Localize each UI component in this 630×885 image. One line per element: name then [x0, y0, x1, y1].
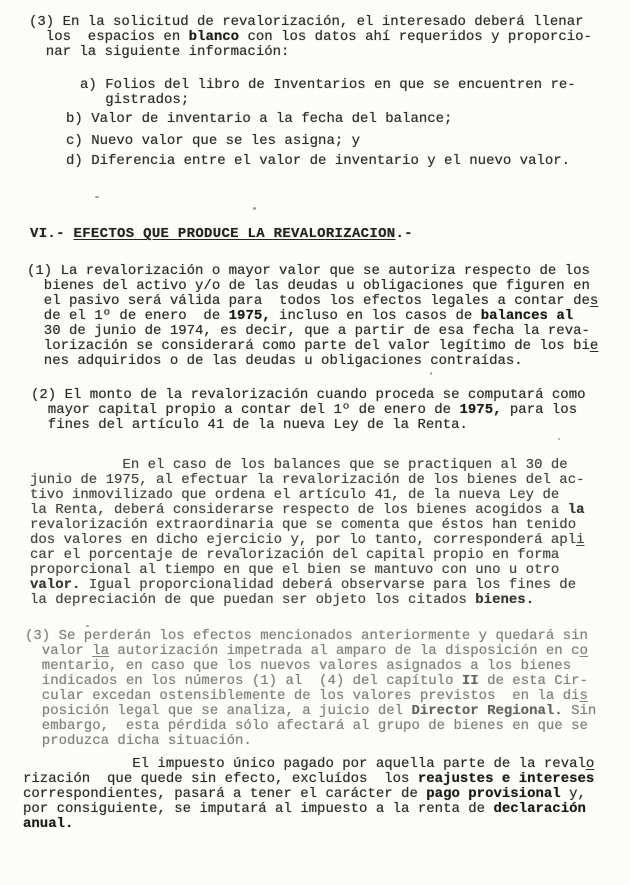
scan-speck — [239, 547, 242, 550]
paragraph-balances-junio-1975: En el caso de los balances que se practi… — [30, 458, 585, 608]
paragraph-3-solicitud: (3) En la solicitud de revalorización, e… — [29, 15, 592, 60]
paragraph-3-perdida-efectos: (3) Se perderán los efectos mencionados … — [25, 629, 596, 749]
list-item-d: d) Diferencia entre el valor de inventar… — [66, 154, 570, 169]
paragraph-impuesto-unico: El impuesto único pagado por aquella par… — [23, 757, 594, 832]
scanned-document-page: (3) En la solicitud de revalorización, e… — [0, 0, 630, 885]
section-heading-vi: VI.- EFECTOS QUE PRODUCE LA REVALORIZACI… — [30, 227, 413, 242]
list-item-b: b) Valor de inventario a la fecha del ba… — [66, 112, 452, 127]
scan-speck — [430, 372, 432, 375]
list-item-a: a) Folios del libro de Inventarios en qu… — [80, 78, 576, 108]
scan-speck — [558, 438, 560, 440]
scan-speck — [253, 207, 256, 210]
paragraph-1-revalorizacion-valida: (1) La revalorización o mayor valor que … — [27, 264, 598, 369]
scan-speck — [95, 196, 99, 198]
paragraph-2-monto-capital-propio: (2) El monto de la revalorización cuando… — [31, 388, 586, 433]
scan-speck — [86, 625, 89, 627]
list-item-c: c) Nuevo valor que se les asigna; y — [66, 134, 360, 149]
